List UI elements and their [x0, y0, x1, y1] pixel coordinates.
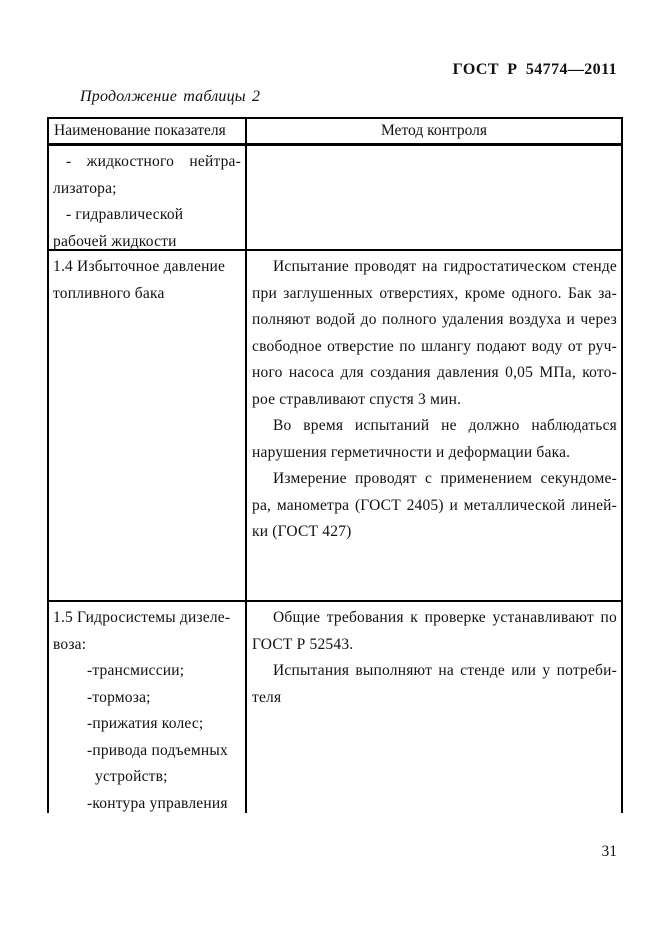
text-line: ГОСТ Р 52543. [252, 632, 617, 659]
text-line: Во время испытаний не должно наблюдаться [252, 413, 617, 440]
indicator-cell: 1.5 Гидросистемы дизеле-воза:-трансмисси… [49, 602, 247, 813]
text-line: -контура управления [53, 791, 241, 814]
document-standard-number: ГОСТ Р 54774—2011 [453, 61, 617, 79]
document-page: ГОСТ Р 54774—2011 Продолжение таблицы 2 … [0, 0, 661, 935]
text-line: рое стравливают спустя 3 мин. [252, 387, 617, 414]
text-line: при заглушенных отверстиях, кроме одного… [252, 281, 617, 308]
table-body: - жидкостного нейтра-лизатора;- гидравли… [49, 146, 621, 813]
text-line: Измерение проводят с применением секундо… [252, 466, 617, 493]
column-header-indicator: Наименование показателя [49, 119, 247, 143]
text-line: воза: [53, 632, 241, 659]
text-line: рабочей жидкости [53, 229, 241, 250]
text-line: 1.4 Избыточное давление [53, 254, 241, 281]
text-line: нарушения герметичности и деформации бак… [252, 440, 617, 467]
text-line: ра, манометра (ГОСТ 2405) и металлическо… [252, 493, 617, 520]
text-line: Испытания выполняют на стенде или у потр… [252, 658, 617, 685]
text-line: -привода подъемных [53, 738, 241, 765]
text-line: -тормоза; [53, 685, 241, 712]
text-line: - жидкостного нейтра- [53, 149, 241, 176]
method-cell: Общие требования к проверке устанавливаю… [247, 602, 621, 813]
method-cell: Испытание проводят на гидростатическом с… [247, 251, 621, 600]
table-header-row: Наименование показателя Метод контроля [49, 119, 621, 146]
table-row: 1.4 Избыточное давлениетопливного бакаИс… [49, 251, 621, 602]
text-line: устройств; [53, 764, 241, 791]
table-2: Наименование показателя Метод контроля -… [47, 117, 623, 813]
text-line: 1.5 Гидросистемы дизеле- [53, 605, 241, 632]
text-line: ки (ГОСТ 427) [252, 519, 617, 546]
text-line: теля [252, 685, 617, 712]
page-number: 31 [602, 843, 618, 861]
text-line: топливного бака [53, 281, 241, 308]
text-line: ного насоса для создания давления 0,05 М… [252, 360, 617, 387]
table-continuation-caption: Продолжение таблицы 2 [80, 88, 260, 106]
table-row: - жидкостного нейтра-лизатора;- гидравли… [49, 146, 621, 251]
text-line: -прижатия колес; [53, 711, 241, 738]
text-line: лизатора; [53, 176, 241, 203]
text-line: полняют водой до полного удаления воздух… [252, 307, 617, 334]
indicator-cell: - жидкостного нейтра-лизатора;- гидравли… [49, 146, 247, 249]
text-line: Общие требования к проверке устанавливаю… [252, 605, 617, 632]
text-line: Испытание проводят на гидростатическом с… [252, 254, 617, 281]
text-line: - гидравлической [53, 202, 241, 229]
table-row: 1.5 Гидросистемы дизеле-воза:-трансмисси… [49, 602, 621, 813]
method-cell [247, 146, 621, 249]
indicator-cell: 1.4 Избыточное давлениетопливного бака [49, 251, 247, 600]
column-header-method: Метод контроля [247, 119, 621, 143]
text-line: -трансмиссии; [53, 658, 241, 685]
text-line: свободное отверстие по шлангу подают вод… [252, 334, 617, 361]
